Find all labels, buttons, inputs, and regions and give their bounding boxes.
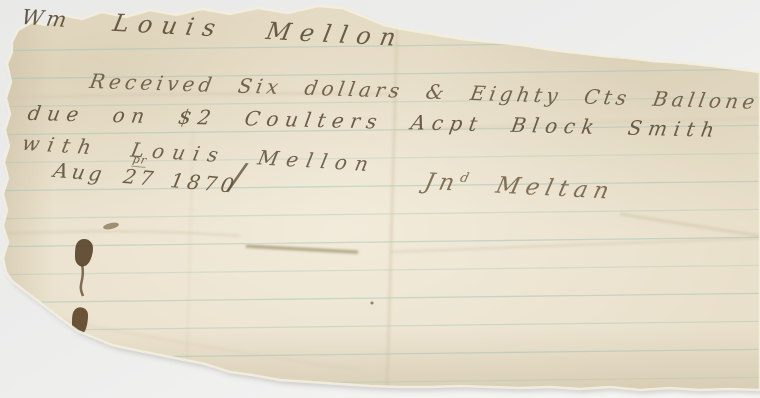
scanned-receipt: Wm Louis Mellon Received Six dollars & E… bbox=[0, 0, 760, 398]
ink-speck bbox=[371, 302, 374, 305]
paper-scan bbox=[0, 0, 760, 398]
